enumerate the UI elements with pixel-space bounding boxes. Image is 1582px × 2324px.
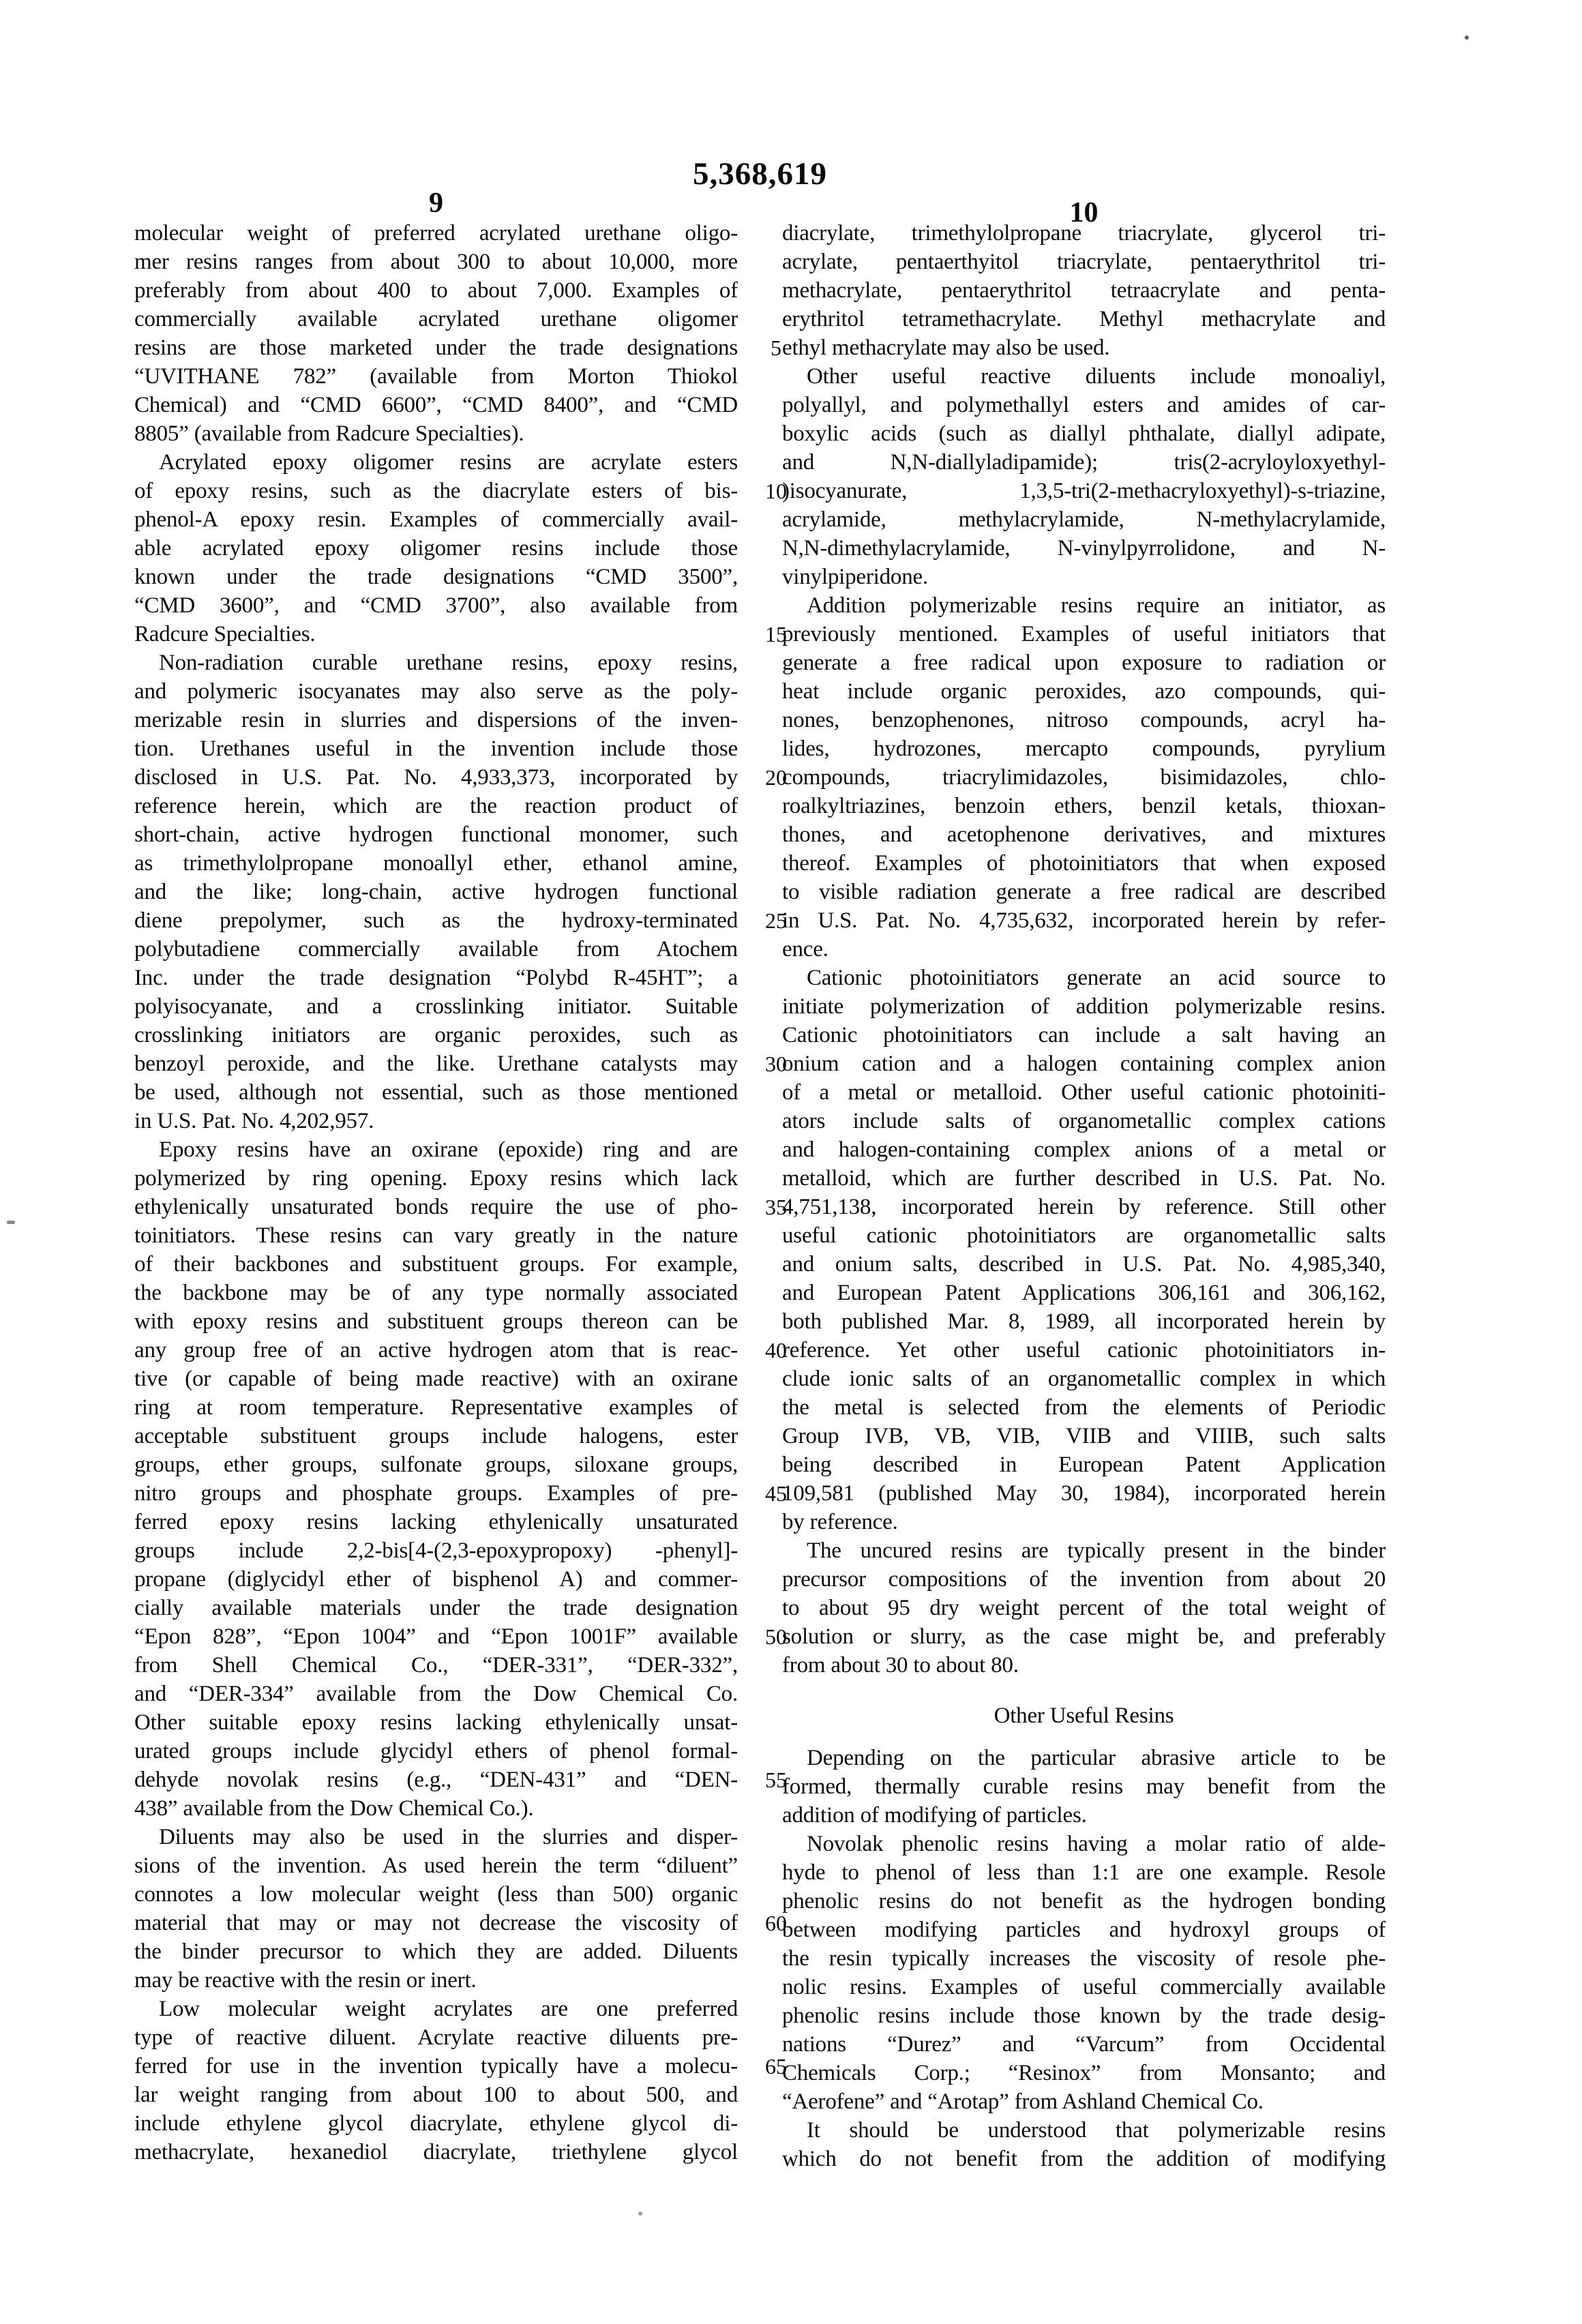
text-line: mer resins ranges from about 300 to abou… [134,248,738,276]
text-line: resins are those marketed under the trad… [134,333,738,362]
text-line: 8805” (available from Radcure Specialtie… [134,419,738,448]
text-line: type of reactive diluent. Acrylate react… [134,2023,738,2052]
text-line: Depending on the particular abrasive art… [782,1744,1386,1772]
text-line: known under the trade designations “CMD … [134,563,738,591]
text-line: clude ionic salts of an organometallic c… [782,1365,1386,1393]
text-line: ring at room temperature. Representative… [134,1393,738,1422]
text-line: Epoxy resins have an oxirane (epoxide) r… [134,1135,738,1164]
text-line: metalloid, which are further described i… [782,1164,1386,1193]
text-line: )isocyanurate, 1,3,5-tri(2-methacryloxye… [782,477,1386,505]
text-line: Diluents may also be used in the slurrie… [134,1823,738,1851]
text-line: Low molecular weight acrylates are one p… [134,1995,738,2023]
text-line: in U.S. Pat. No. 4,735,632, incorporated… [782,906,1386,935]
text-line: of a metal or metalloid. Other useful ca… [782,1078,1386,1107]
text-line: N,N-dimethylacrylamide, N-vinylpyrrolido… [782,534,1386,563]
text-line: Addition polymerizable resins require an… [782,591,1386,620]
text-line: onium cation and a halogen containing co… [782,1049,1386,1078]
text-line: “CMD 3600”, and “CMD 3700”, also availab… [134,591,738,620]
right-column-part2: Depending on the particular abrasive art… [782,1744,1386,2173]
text-line: disclosed in U.S. Pat. No. 4,933,373, in… [134,763,738,792]
text-line: ethylenically unsaturated bonds require … [134,1193,738,1221]
text-line: Radcure Specialties. [134,620,738,649]
text-line: “Aerofene” and “Arotap” from Ashland Che… [782,2087,1386,2116]
text-line: as trimethylolpropane monoallyl ether, e… [134,849,738,878]
text-line: being described in European Patent Appli… [782,1450,1386,1479]
text-line: be used, although not essential, such as… [134,1078,738,1107]
text-line: acceptable substituent groups include ha… [134,1422,738,1450]
text-line: groups include 2,2-bis[4-(2,3-epoxypropo… [134,1536,738,1565]
text-line: generate a free radical upon exposure to… [782,649,1386,677]
text-line: from about 30 to about 80. [782,1651,1386,1680]
text-line: formed, thermally curable resins may ben… [782,1772,1386,1801]
text-line: and European Patent Applications 306,161… [782,1279,1386,1307]
text-line: commercially available acrylated urethan… [134,305,738,333]
text-line: acrylate, pentaerthyitol triacrylate, pe… [782,248,1386,276]
text-line: lar weight ranging from about 100 to abo… [134,2081,738,2109]
text-line: boxylic acids (such as diallyl phthalate… [782,419,1386,448]
text-line: ferred for use in the invention typicall… [134,2052,738,2081]
text-line: polyallyl, and polymethallyl esters and … [782,391,1386,419]
text-line: of their backbones and substituent group… [134,1250,738,1279]
text-line: to about 95 dry weight percent of the to… [782,1594,1386,1622]
text-line: Non-radiation curable urethane resins, e… [134,649,738,677]
text-line: The uncured resins are typically present… [782,1536,1386,1565]
column-number-left: 9 [134,187,738,220]
text-line: polymerized by ring opening. Epoxy resin… [134,1164,738,1193]
scan-speckle [638,2211,642,2216]
scan-speckle [7,1221,15,1224]
text-line: polybutadiene commercially available fro… [134,935,738,964]
text-line: reference herein, which are the reaction… [134,792,738,820]
text-line: 109,581 (published May 30, 1984), incorp… [782,1479,1386,1508]
text-line: the binder precursor to which they are a… [134,1937,738,1966]
text-line: Group IVB, VB, VIB, VIIB and VIIIB, such… [782,1422,1386,1450]
text-line: and N,N-diallyladipamide); tris(2-acrylo… [782,448,1386,477]
text-line: merizable resin in slurries and dispersi… [134,706,738,734]
text-line: of epoxy resins, such as the diacrylate … [134,477,738,505]
text-line: any group free of an active hydrogen ato… [134,1336,738,1365]
text-line: phenolic resins include those known by t… [782,2001,1386,2030]
text-line: methacrylate, pentaerythritol tetraacryl… [782,276,1386,305]
text-line: and halogen-containing complex anions of… [782,1135,1386,1164]
text-line: Cationic photoinitiators generate an aci… [782,964,1386,992]
text-line: Cationic photoinitiators can include a s… [782,1021,1386,1049]
text-line: the metal is selected from the elements … [782,1393,1386,1422]
text-line: Acrylated epoxy oligomer resins are acry… [134,448,738,477]
text-line: Chemical) and “CMD 6600”, “CMD 8400”, an… [134,391,738,419]
text-line: Inc. under the trade designation “Polybd… [134,964,738,992]
text-line: material that may or may not decrease th… [134,1909,738,1937]
text-line: nations “Durez” and “Varcum” from Occide… [782,2030,1386,2059]
text-line: Other suitable epoxy resins lacking ethy… [134,1708,738,1737]
text-line: thones, and acetophenone derivatives, an… [782,820,1386,849]
text-line: nolic resins. Examples of useful commerc… [782,1973,1386,2001]
text-line: ence. [782,935,1386,964]
text-line: It should be understood that polymerizab… [782,2116,1386,2145]
text-line: may be reactive with the resin or inert. [134,1966,738,1995]
scan-speckle [1465,35,1469,40]
text-line: lides, hydrozones, mercapto compounds, p… [782,734,1386,763]
text-line: include ethylene glycol diacrylate, ethy… [134,2109,738,2138]
text-line: heat include organic peroxides, azo comp… [782,677,1386,706]
text-line: sions of the invention. As used herein t… [134,1851,738,1880]
text-line: useful cationic photoinitiators are orga… [782,1221,1386,1250]
right-column-part1: diacrylate, trimethylolpropane triacryla… [782,219,1386,1680]
text-line: Chemicals Corp.; “Resinox” from Monsanto… [782,2059,1386,2087]
text-line: phenol-A epoxy resin. Examples of commer… [134,505,738,534]
text-line: tion. Urethanes useful in the invention … [134,734,738,763]
text-line: thereof. Examples of photoinitiators tha… [782,849,1386,878]
text-line: nones, benzophenones, nitroso compounds,… [782,706,1386,734]
text-line: ferred epoxy resins lacking ethylenicall… [134,1508,738,1536]
text-line: from Shell Chemical Co., “DER-331”, “DER… [134,1651,738,1680]
text-line: in U.S. Pat. No. 4,202,957. [134,1107,738,1135]
text-line: by reference. [782,1508,1386,1536]
text-line: toinitiators. These resins can vary grea… [134,1221,738,1250]
text-line: initiate polymerization of addition poly… [782,992,1386,1021]
text-line: reference. Yet other useful cationic pho… [782,1336,1386,1365]
text-line: both published Mar. 8, 1989, all incorpo… [782,1307,1386,1336]
text-line: methacrylate, hexanediol diacrylate, tri… [134,2138,738,2166]
text-line: erythritol tetramethacrylate. Methyl met… [782,305,1386,333]
text-line: dehyde novolak resins (e.g., “DEN-431” a… [134,1766,738,1794]
text-line: and polymeric isocyanates may also serve… [134,677,738,706]
text-line: groups, ether groups, sulfonate groups, … [134,1450,738,1479]
text-line: urated groups include glycidyl ethers of… [134,1737,738,1766]
text-line: phenolic resins do not benefit as the hy… [782,1887,1386,1916]
text-line: “UVITHANE 782” (available from Morton Th… [134,362,738,391]
text-line: polyisocyanate, and a crosslinking initi… [134,992,738,1021]
text-line: tive (or capable of being made reactive)… [134,1365,738,1393]
section-heading: Other Useful Resins [782,1701,1386,1730]
text-line: solution or slurry, as the case might be… [782,1622,1386,1651]
text-line: the resin typically increases the viscos… [782,1944,1386,1973]
text-line: 4,751,138, incorporated herein by refere… [782,1193,1386,1221]
text-line: vinylpiperidone. [782,563,1386,591]
text-line: precursor compositions of the invention … [782,1565,1386,1594]
text-line: propane (diglycidyl ether of bisphenol A… [134,1565,738,1594]
text-line: addition of modifying of particles. [782,1801,1386,1830]
text-line: which do not benefit from the addition o… [782,2145,1386,2173]
text-line: connotes a low molecular weight (less th… [134,1880,738,1909]
text-line: the backbone may be of any type normally… [134,1279,738,1307]
text-line: with epoxy resins and substituent groups… [134,1307,738,1336]
text-line: and “DER-334” available from the Dow Che… [134,1680,738,1708]
text-line: ethyl methacrylate may also be used. [782,333,1386,362]
text-line: diene prepolymer, such as the hydroxy-te… [134,906,738,935]
text-line: between modifying particles and hydroxyl… [782,1916,1386,1944]
text-line: compounds, triacrylimidazoles, bisimidaz… [782,763,1386,792]
right-text-column: diacrylate, trimethylolpropane triacryla… [782,219,1386,2173]
text-line: preferably from about 400 to about 7,000… [134,276,738,305]
text-line: diacrylate, trimethylolpropane triacryla… [782,219,1386,248]
text-line: and onium salts, described in U.S. Pat. … [782,1250,1386,1279]
text-line: crosslinking initiators are organic pero… [134,1021,738,1049]
text-line: Novolak phenolic resins having a molar r… [782,1830,1386,1858]
text-line: “Epon 828”, “Epon 1004” and “Epon 1001F”… [134,1622,738,1651]
text-line: cially available materials under the tra… [134,1594,738,1622]
text-line: roalkyltriazines, benzoin ethers, benzil… [782,792,1386,820]
text-line: nitro groups and phosphate groups. Examp… [134,1479,738,1508]
text-line: ators include salts of organometallic co… [782,1107,1386,1135]
text-line: and the like; long-chain, active hydroge… [134,878,738,906]
text-line: hyde to phenol of less than 1:1 are one … [782,1858,1386,1887]
text-line: benzoyl peroxide, and the like. Urethane… [134,1049,738,1078]
text-line: molecular weight of preferred acrylated … [134,219,738,248]
text-line: to visible radiation generate a free rad… [782,878,1386,906]
text-line: acrylamide, methylacrylamide, N-methylac… [782,505,1386,534]
text-line: Other useful reactive diluents include m… [782,362,1386,391]
text-line: short-chain, active hydrogen functional … [134,820,738,849]
text-line: 438” available from the Dow Chemical Co.… [134,1794,738,1823]
text-line: able acrylated epoxy oligomer resins inc… [134,534,738,563]
left-text-column: molecular weight of preferred acrylated … [134,219,738,2166]
text-line: previously mentioned. Examples of useful… [782,620,1386,649]
